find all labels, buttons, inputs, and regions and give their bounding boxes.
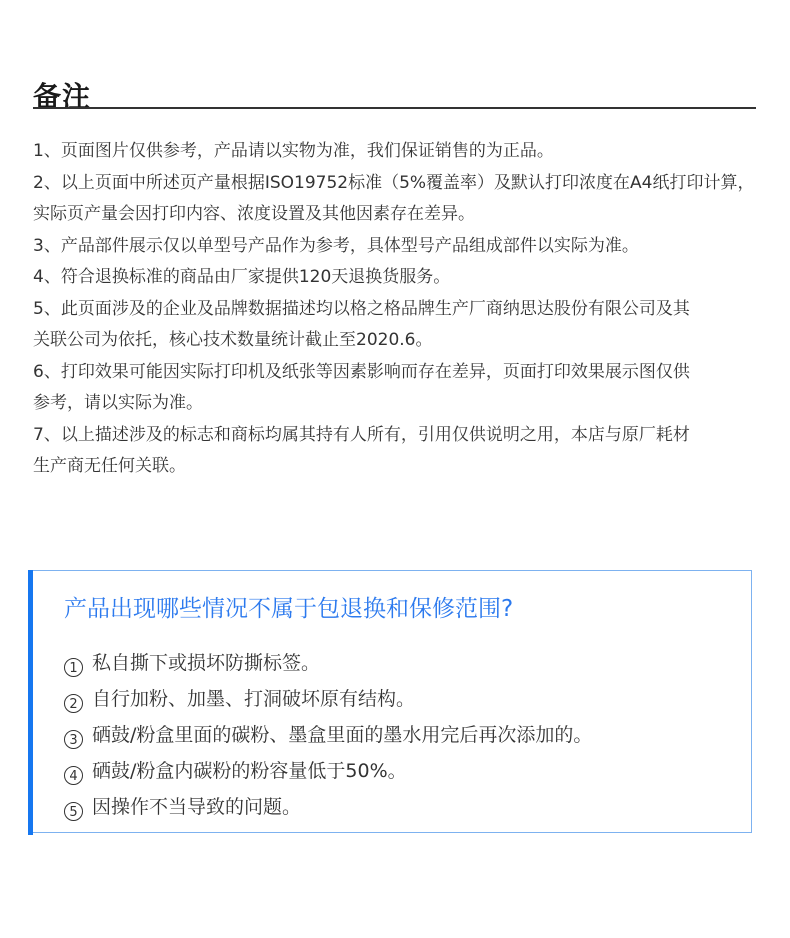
warranty-item-text: 硒鼓/粉盒里面的碳粉、墨盒里面的墨水用完后再次添加的。	[92, 724, 592, 746]
warranty-item-text: 自行加粉、加墨、打洞破坏原有结构。	[92, 688, 415, 710]
warranty-exclusion-box: 产品出现哪些情况不属于包退换和保修范围? 1私自撕下或损坏防撕标签。 2自行加粉…	[33, 570, 752, 833]
product-notes-page: 备注 1、页面图片仅供参考，产品请以实物为准，我们保证销售的为正品。 2、以上页…	[0, 0, 790, 938]
notes-list: 1、页面图片仅供参考，产品请以实物为准，我们保证销售的为正品。 2、以上页面中所…	[33, 136, 757, 483]
note-line: 生产商无任何关联。	[33, 451, 757, 483]
warranty-question-heading: 产品出现哪些情况不属于包退换和保修范围?	[64, 593, 513, 625]
warranty-item-text: 私自撕下或损坏防撕标签。	[92, 652, 320, 674]
note-line: 1、页面图片仅供参考，产品请以实物为准，我们保证销售的为正品。	[33, 136, 757, 168]
note-item: 6、打印效果可能因实际打印机及纸张等因素影响而存在差异，页面打印效果展示图仅供 …	[33, 357, 757, 420]
warranty-exclusion-item: 2自行加粉、加墨、打洞破坏原有结构。	[64, 681, 735, 717]
circled-number-icon: 3	[64, 730, 83, 749]
note-line: 参考，请以实际为准。	[33, 388, 757, 420]
warranty-exclusion-list: 1私自撕下或损坏防撕标签。 2自行加粉、加墨、打洞破坏原有结构。 3硒鼓/粉盒里…	[64, 645, 735, 825]
note-line: 实际页产量会因打印内容、浓度设置及其他因素存在差异。	[33, 199, 757, 231]
title-divider	[33, 107, 756, 109]
warranty-exclusion-item: 3硒鼓/粉盒里面的碳粉、墨盒里面的墨水用完后再次添加的。	[64, 717, 735, 753]
note-line: 7、以上描述涉及的标志和商标均属其持有人所有，引用仅供说明之用，本店与原厂耗材	[33, 420, 757, 452]
note-item: 3、产品部件展示仅以单型号产品作为参考，具体型号产品组成部件以实际为准。	[33, 231, 757, 263]
warranty-exclusion-item: 4硒鼓/粉盒内碳粉的粉容量低于50%。	[64, 753, 735, 789]
note-line: 关联公司为依托，核心技术数量统计截止至2020.6。	[33, 325, 757, 357]
note-line: 5、此页面涉及的企业及品牌数据描述均以格之格品牌生产厂商纳思达股份有限公司及其	[33, 294, 757, 326]
note-item: 7、以上描述涉及的标志和商标均属其持有人所有，引用仅供说明之用，本店与原厂耗材 …	[33, 420, 757, 483]
note-item: 4、符合退换标准的商品由厂家提供120天退换货服务。	[33, 262, 757, 294]
page-title: 备注	[33, 79, 91, 115]
note-line: 6、打印效果可能因实际打印机及纸张等因素影响而存在差异，页面打印效果展示图仅供	[33, 357, 757, 389]
circled-number-icon: 4	[64, 766, 83, 785]
note-item: 2、以上页面中所述页产量根据ISO19752标准（5%覆盖率）及默认打印浓度在A…	[33, 168, 757, 231]
warranty-exclusion-item: 1私自撕下或损坏防撕标签。	[64, 645, 735, 681]
warranty-exclusion-item: 5因操作不当导致的问题。	[64, 789, 735, 825]
warranty-item-text: 因操作不当导致的问题。	[92, 796, 301, 818]
note-item: 1、页面图片仅供参考，产品请以实物为准，我们保证销售的为正品。	[33, 136, 757, 168]
circled-number-icon: 2	[64, 694, 83, 713]
note-line: 2、以上页面中所述页产量根据ISO19752标准（5%覆盖率）及默认打印浓度在A…	[33, 168, 757, 200]
blue-accent-bar	[28, 570, 33, 835]
note-line: 3、产品部件展示仅以单型号产品作为参考，具体型号产品组成部件以实际为准。	[33, 231, 757, 263]
note-item: 5、此页面涉及的企业及品牌数据描述均以格之格品牌生产厂商纳思达股份有限公司及其 …	[33, 294, 757, 357]
note-line: 4、符合退换标准的商品由厂家提供120天退换货服务。	[33, 262, 757, 294]
warranty-item-text: 硒鼓/粉盒内碳粉的粉容量低于50%。	[92, 760, 407, 782]
circled-number-icon: 1	[64, 658, 83, 677]
circled-number-icon: 5	[64, 802, 83, 821]
